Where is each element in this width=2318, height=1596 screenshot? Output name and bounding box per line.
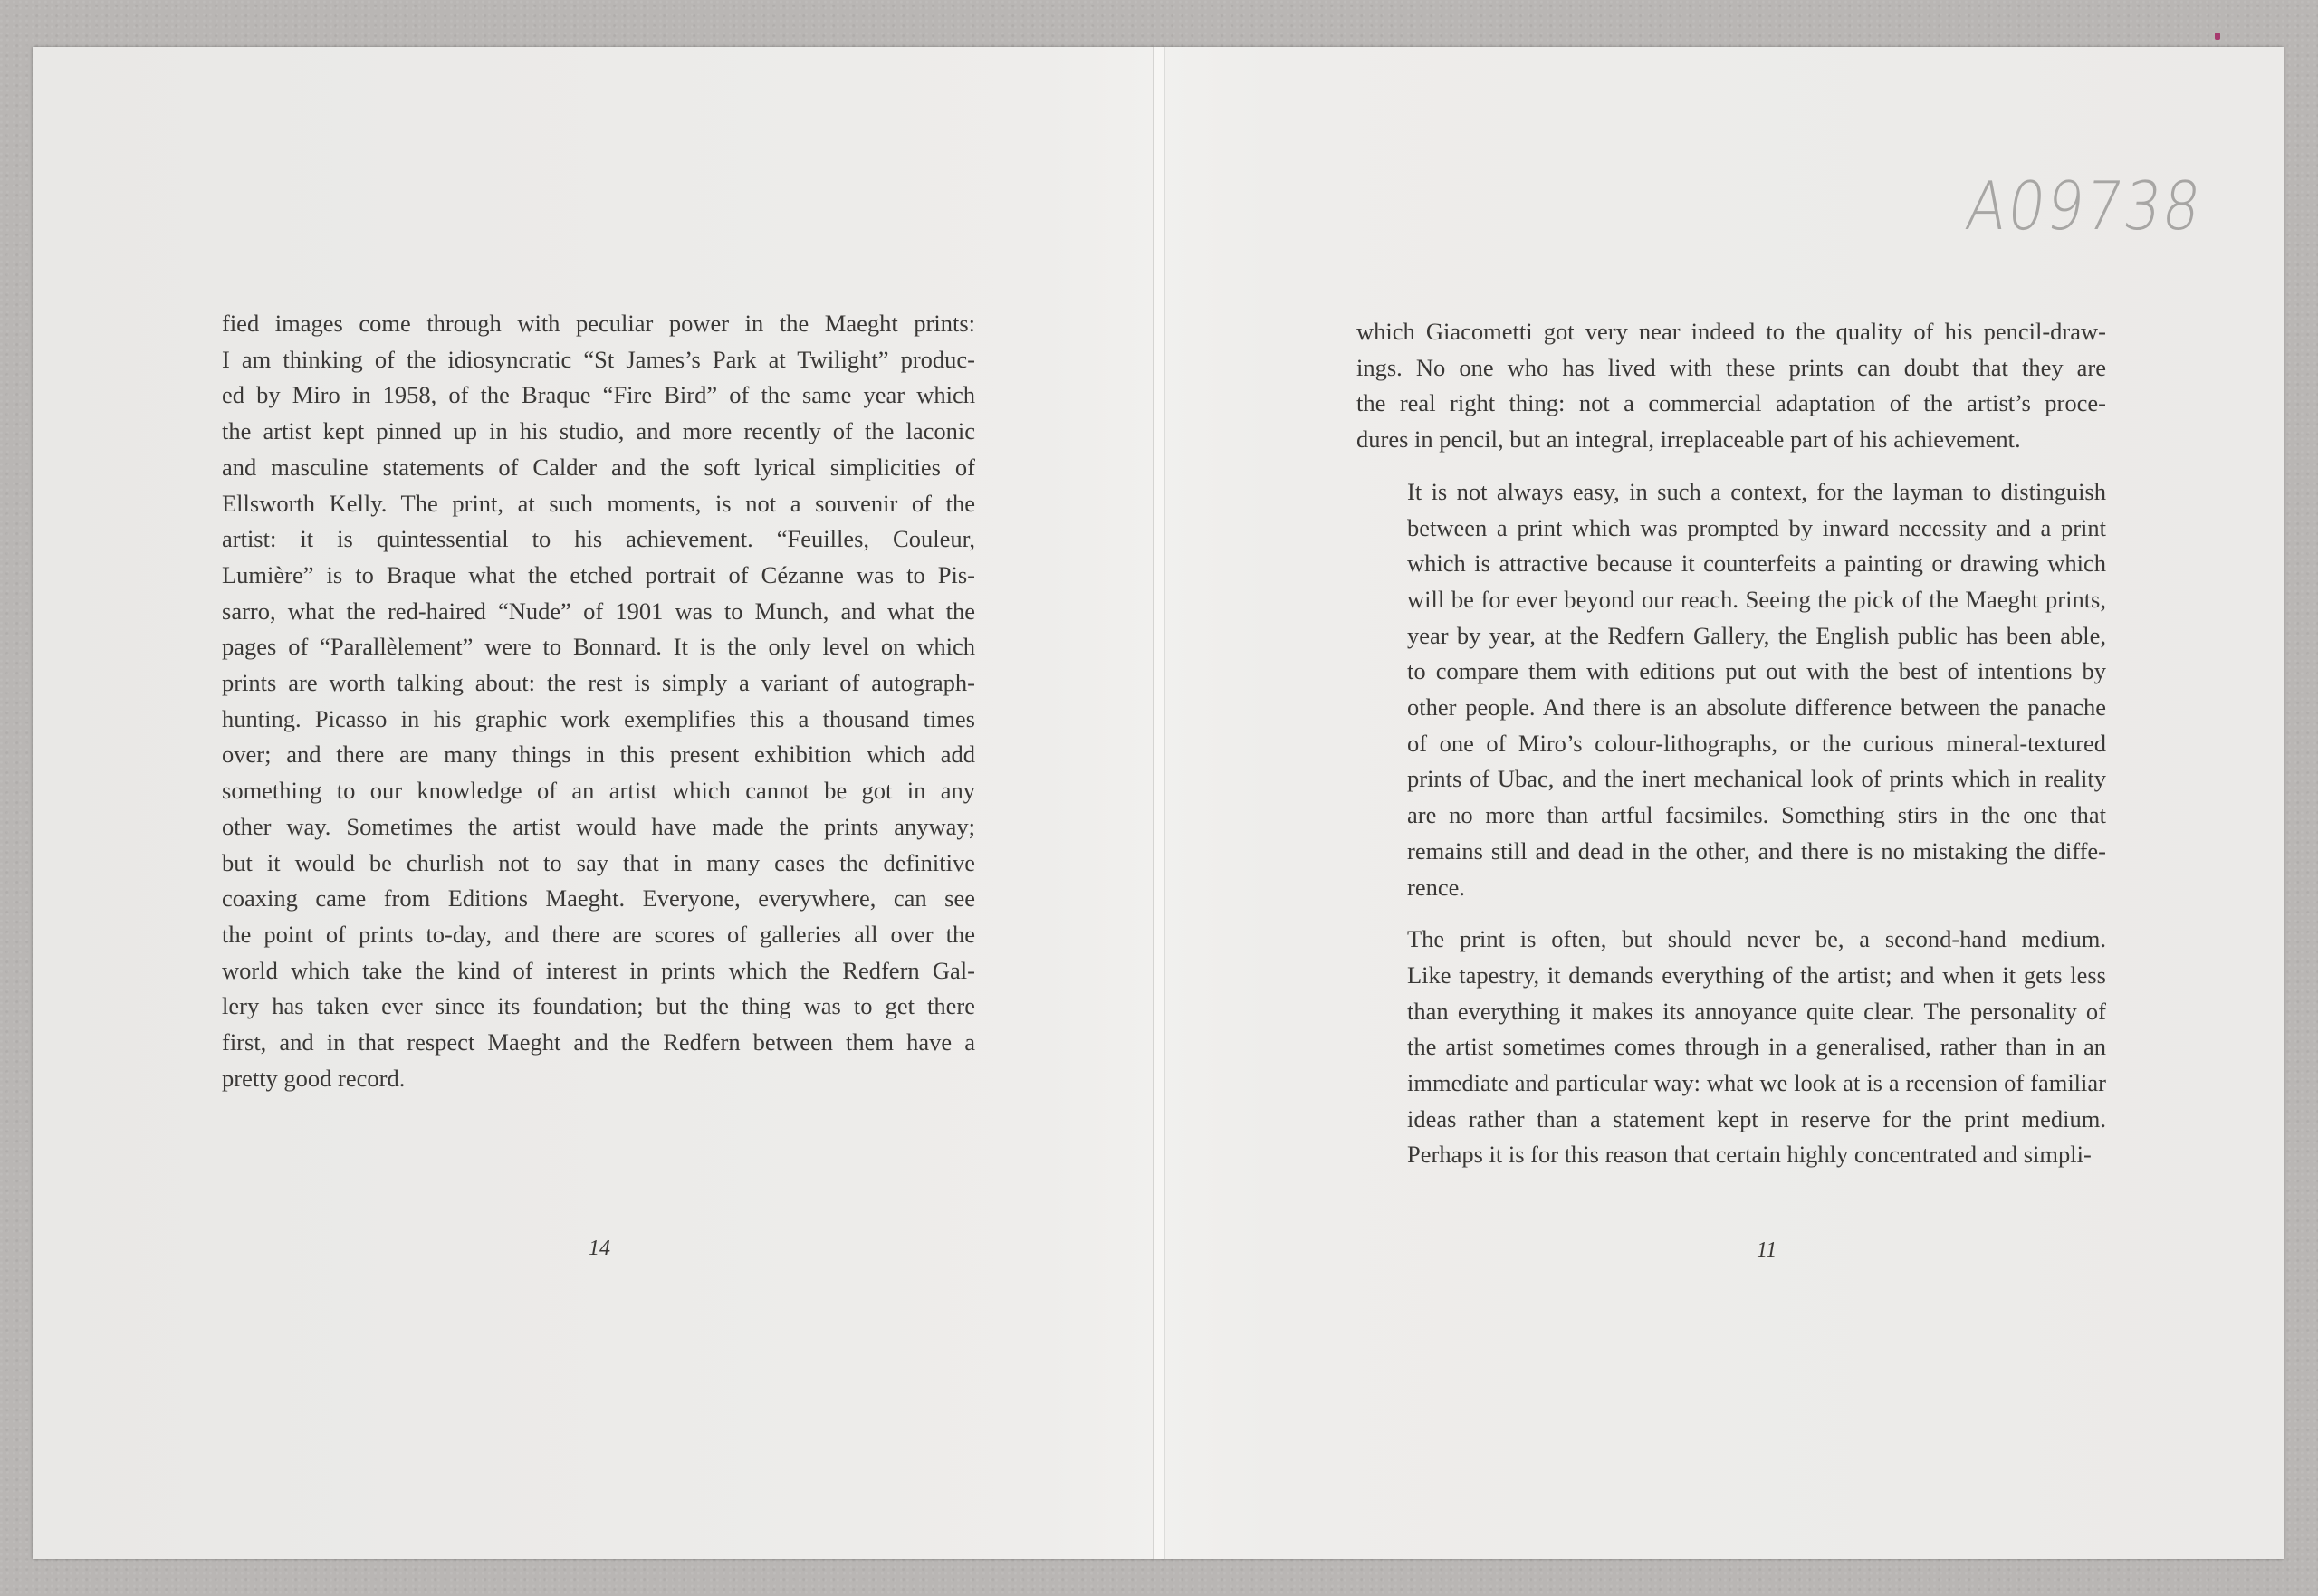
paragraph: It is not always easy, in such a context… [1356, 474, 2106, 905]
text-line: of one of Miro’s colour-lithographs, or … [1356, 726, 2106, 762]
text-line: Like tapestry, it demands everything of … [1356, 958, 2106, 994]
left-page-number: 14 [589, 1237, 610, 1261]
text-line: lery has taken ever since its foundation… [222, 989, 975, 1025]
text-line: over; and there are many things in this … [222, 737, 975, 773]
book-spread: fied images come through with peculiar p… [33, 47, 2284, 1559]
text-line: remains still and dead in the other, and… [1356, 834, 2106, 870]
text-line: will be for ever beyond our reach. Seein… [1356, 582, 2106, 618]
paragraph: fied images come through with peculiar p… [222, 306, 975, 1096]
text-line: prints are worth talking about: the rest… [222, 665, 975, 702]
text-line: coaxing came from Editions Maeght. Every… [222, 881, 975, 917]
text-line: the artist kept pinned up in his studio,… [222, 414, 975, 450]
text-line: year by year, at the Redfern Gallery, th… [1356, 618, 2106, 655]
text-line: dures in pencil, but an integral, irrepl… [1356, 422, 2106, 458]
text-line: It is not always easy, in such a context… [1356, 474, 2106, 511]
text-line: fied images come through with peculiar p… [222, 306, 975, 342]
text-line: hunting. Picasso in his graphic work exe… [222, 702, 975, 738]
text-line: The print is often, but should never be,… [1356, 922, 2106, 958]
text-line: which is attractive because it counterfe… [1356, 546, 2106, 582]
text-line: other people. And there is an absolute d… [1356, 690, 2106, 726]
text-line: other way. Sometimes the artist would ha… [222, 809, 975, 846]
right-page-text: which Giacometti got very near indeed to… [1356, 314, 2106, 1173]
text-line: but it would be churlish not to say that… [222, 846, 975, 882]
text-line: ed by Miro in 1958, of the Braque “Fire … [222, 377, 975, 414]
text-line: sarro, what the red-haired “Nude” of 190… [222, 594, 975, 630]
text-line: than everything it makes its annoyance q… [1356, 994, 2106, 1030]
paragraph: which Giacometti got very near indeed to… [1356, 314, 2106, 458]
text-line: first, and in that respect Maeght and th… [222, 1025, 975, 1061]
text-line: which Giacometti got very near indeed to… [1356, 314, 2106, 350]
text-line: rence. [1356, 870, 2106, 906]
handwritten-catalog-number: A09738 [1961, 168, 2207, 245]
text-line: immediate and particular way: what we lo… [1356, 1066, 2106, 1102]
text-line: pages of “Parallèlement” were to Bonnard… [222, 629, 975, 665]
text-line: to compare them with editions put out wi… [1356, 654, 2106, 690]
text-line: Lumière” is to Braque what the etched po… [222, 558, 975, 594]
text-line: between a print which was prompted by in… [1356, 511, 2106, 547]
text-line: the real right thing: not a commercial a… [1356, 386, 2106, 422]
right-page: A09738 which Giacometti got very near in… [1165, 47, 2284, 1559]
text-line: ideas rather than a statement kept in re… [1356, 1102, 2106, 1138]
text-line: something to our knowledge of an artist … [222, 773, 975, 809]
left-page: fied images come through with peculiar p… [33, 47, 1153, 1559]
text-line: Perhaps it is for this reason that certa… [1356, 1137, 2106, 1173]
center-fold [1153, 47, 1165, 1559]
paragraph: The print is often, but should never be,… [1356, 922, 2106, 1173]
text-line: the point of prints to-day, and there ar… [222, 917, 975, 953]
right-page-number: 11 [1757, 1238, 1777, 1263]
background-speck [2215, 33, 2220, 40]
text-line: prints of Ubac, and the inert mechanical… [1356, 761, 2106, 798]
text-line: pretty good record. [222, 1061, 975, 1097]
text-line: the artist sometimes comes through in a … [1356, 1029, 2106, 1066]
text-line: I am thinking of the idiosyncratic “St J… [222, 342, 975, 378]
text-line: world which take the kind of interest in… [222, 953, 975, 989]
text-line: and masculine statements of Calder and t… [222, 450, 975, 486]
text-line: ings. No one who has lived with these pr… [1356, 350, 2106, 387]
text-line: artist: it is quintessential to his achi… [222, 521, 975, 558]
text-line: Ellsworth Kelly. The print, at such mome… [222, 486, 975, 522]
text-line: are no more than artful facsimiles. Some… [1356, 798, 2106, 834]
left-page-text: fied images come through with peculiar p… [222, 306, 975, 1096]
